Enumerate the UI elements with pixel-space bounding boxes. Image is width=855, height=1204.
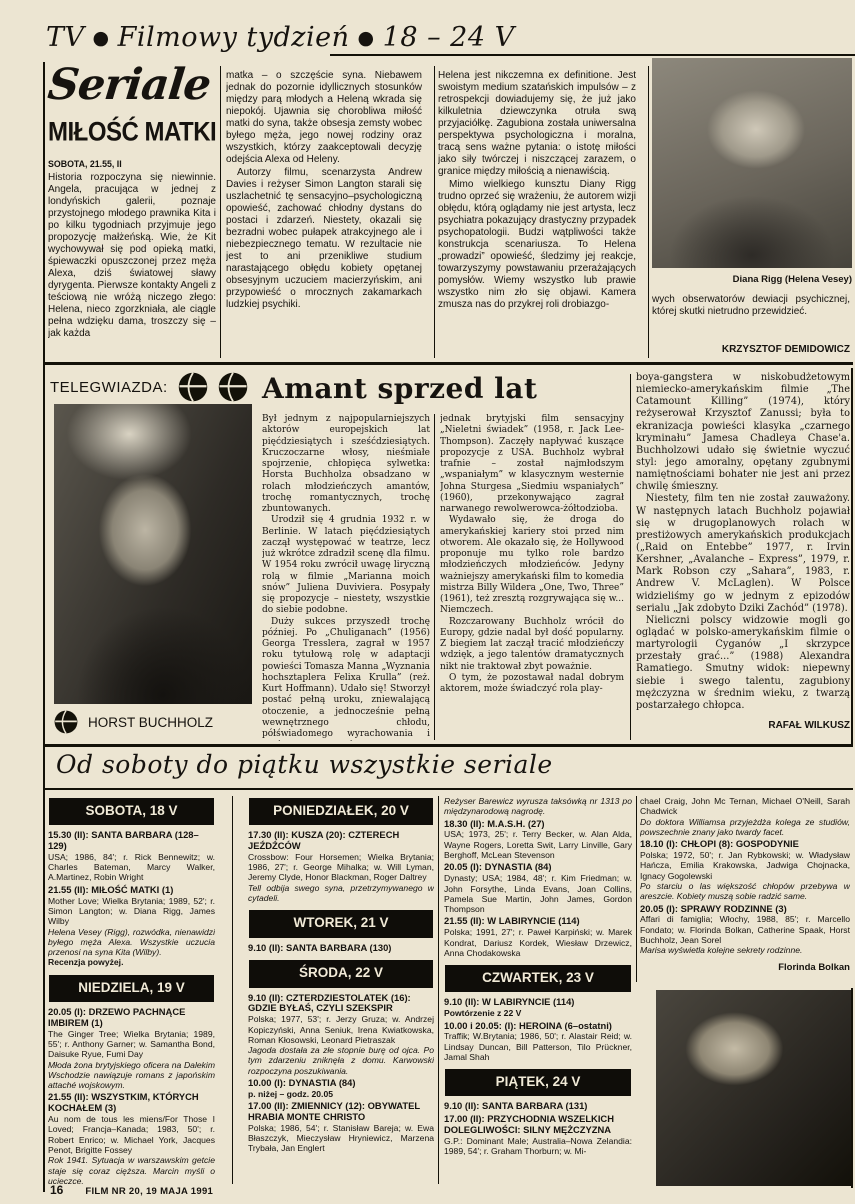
listing-title: 20.05 (I): DRZEWO PACHNĄCE IMBIREM (1) <box>48 1007 215 1029</box>
listing-synopsis: Tell odbija swego syna, przetrzymywanego… <box>248 883 434 904</box>
listing-entry: 10.00 (I): DYNASTIA (84)p. niżej – godz.… <box>248 1078 434 1099</box>
masthead-tv: TV <box>46 22 85 53</box>
divider <box>851 988 853 1188</box>
listing-entry: 18.10 (I): CHŁOPI (8): GOSPODYNIEPolska;… <box>640 839 850 901</box>
listing-entry: 9.10 (II): CZTERDZIESTOLATEK (16): GDZIE… <box>248 993 434 1077</box>
listing-credits: Polska; 1972, 50'; r. Jan Rybkowski; w. … <box>640 850 850 881</box>
photo-caption-horst-text: HORST BUCHHOLZ <box>88 715 213 730</box>
listing-entry: 17.00 (II): PRZYCHODNIA WSZELKICH DOLEGL… <box>444 1114 632 1156</box>
day-banner: WTOREK, 21 V <box>249 910 433 937</box>
tv-station-logo-icon <box>218 372 248 402</box>
article-text-col3-paras: boya-gangstera w niskobudżetowym niemiec… <box>636 372 850 712</box>
article-text-col1: Był jednym z najpopularniejszych aktorów… <box>262 414 430 742</box>
paragraph: Autorzy filmu, scenarzysta Andrew Davies… <box>226 167 422 311</box>
listing-title: 21.55 (II): W LABIRYNCIE (114) <box>444 916 632 927</box>
listing-note: Recenzja powyżej. <box>48 957 215 967</box>
paragraph: boya-gangstera w niskobudżetowym niemiec… <box>636 372 850 493</box>
listing-entry: 20.05 (I): DYNASTIA (84)Dynasty; USA; 19… <box>444 862 632 914</box>
listing-title: 15.30 (II): SANTA BARBARA (128–129) <box>48 830 215 852</box>
tv-station-logo-icon <box>178 372 208 402</box>
listing-note: p. niżej – godz. 20.05 <box>248 1089 434 1099</box>
listing-title: 17.30 (II): KUSZA (20): CZTERECH JEŹDŹCÓ… <box>248 830 434 852</box>
listing-synopsis: Młoda żona brytyjskiego oficera na Dalek… <box>48 1060 215 1091</box>
listing-synopsis: Po starciu o las większość chłopów przeb… <box>640 881 850 902</box>
divider <box>630 374 631 740</box>
florinda-bolkan-photo <box>656 990 852 1186</box>
listing-credits: USA; 1986, 84'; r. Rick Bennewitz; w. Ch… <box>48 852 215 883</box>
tv-station-logo-icon <box>54 710 78 734</box>
listing-credits: The Ginger Tree; Wielka Brytania; 1989, … <box>48 1029 215 1060</box>
divider <box>851 368 853 744</box>
listing-credits: USA; 1973, 25'; r. Terry Becker, w. Alan… <box>444 829 632 860</box>
listing-entry: 9.10 (II): W LABIRYNCIE (114)Powtórzenie… <box>444 997 632 1018</box>
listing-credits: Crossbow: Four Horsemen; Wielka Brytania… <box>248 852 434 883</box>
day-banner: CZWARTEK, 23 V <box>445 965 631 992</box>
listing-entry: 15.30 (II): SANTA BARBARA (128–129)USA; … <box>48 830 215 883</box>
listings-header: Od soboty do piątku wszystkie seriale <box>56 750 553 779</box>
listing-title: 10.00 (I): DYNASTIA (84) <box>248 1078 434 1089</box>
broadcast-slot: SOBOTA, 21.55, II <box>48 159 216 169</box>
article-author: RAFAŁ WILKUSZ <box>636 720 850 732</box>
listing-credits: Dynasty; USA; 1984, 48'; r. Kim Friedman… <box>444 873 632 914</box>
article-text-col3: boya-gangstera w niskobudżetowym niemiec… <box>636 372 850 742</box>
paragraph: Był jednym z najpopularniejszych aktorów… <box>262 414 430 515</box>
day-banner: SOBOTA, 18 V <box>49 798 214 825</box>
listings-column-3: Reżyser Barewicz wyrusza taksówką nr 131… <box>444 796 632 1188</box>
paragraph: matka – o szczęście syna. Niebawem jedna… <box>226 70 422 166</box>
listing-entry: 21.55 (II): MIŁOŚĆ MATKI (1)Mother Love;… <box>48 885 215 968</box>
listing-title: 21.55 (II): WSZYSTKIM, KTÓRYCH KOCHAŁEM … <box>48 1092 215 1114</box>
day-banner: PIĄTEK, 24 V <box>445 1069 631 1096</box>
listing-title: 9.10 (II): CZTERDZIESTOLATEK (16): GDZIE… <box>248 993 434 1015</box>
listing-title: 20.05 (I): DYNASTIA (84) <box>444 862 632 873</box>
masthead-dates: 18 – 24 V <box>383 22 515 53</box>
listing-synopsis: Marisa wyświetla kolejne sekrety rodzinn… <box>640 945 850 955</box>
paragraph: Mimo wielkiego kunsztu Diany Rigg trudno… <box>438 179 636 311</box>
paragraph: Helena jest nikczemna ex definitione. Je… <box>438 70 636 178</box>
listing-credits: Au nom de tous les miens/For Those I Lov… <box>48 1114 215 1155</box>
listing-title: 18.30 (II): M.A.S.H. (27) <box>444 819 632 830</box>
page-number: 16 <box>50 1183 63 1197</box>
listing-credits: chael Craig, John Mc Ternan, Michael O'N… <box>640 796 850 817</box>
listings-column-4-entries: chael Craig, John Mc Ternan, Michael O'N… <box>640 796 850 956</box>
day-banner: PONIEDZIAŁEK, 20 V <box>249 798 433 825</box>
listings-column-2: PONIEDZIAŁEK, 20 V17.30 (II): KUSZA (20)… <box>248 796 434 1188</box>
review-author: KRZYSZTOF DEMIDOWICZ <box>652 344 850 355</box>
listing-entry: 20.05 (I): DRZEWO PACHNĄCE IMBIREM (1)Th… <box>48 1007 215 1091</box>
telegwiazda-label: TELEGWIAZDA: <box>50 379 168 396</box>
listing-synopsis: Helena Vesey (Rigg), rozwódka, nienawidz… <box>48 927 215 958</box>
listing-credits: Traffik; W.Brytania; 1986, 50'; r. Alast… <box>444 1031 632 1062</box>
listing-entry: 20.05 (I): SPRAWY RODZINNE (3)Affari di … <box>640 904 850 956</box>
divider <box>43 62 45 1192</box>
listing-entry: Reżyser Barewicz wyrusza taksówką nr 131… <box>444 796 632 817</box>
telegwiazda-row: TELEGWIAZDA: <box>50 372 248 402</box>
divider <box>434 414 435 740</box>
listing-entry: 9.10 (II): SANTA BARBARA (130) <box>248 943 434 954</box>
paragraph: O tym, że pozostawał nadal dobrym aktore… <box>440 673 624 696</box>
listing-title: 10.00 i 20.05: (I): HEROINA (6–ostatni) <box>444 1021 632 1032</box>
listing-credits: Polska; 1977, 53'; r. Jerzy Gruza; w. An… <box>248 1014 434 1045</box>
article-text-col2: jednak brytyjski film sensacyjny „Nielet… <box>440 414 624 742</box>
listing-synopsis: Reżyser Barewicz wyrusza taksówką nr 131… <box>444 796 632 817</box>
diana-rigg-photo <box>652 58 852 268</box>
listing-entry: 21.55 (II): WSZYSTKIM, KTÓRYCH KOCHAŁEM … <box>48 1092 215 1186</box>
listing-entry: 21.55 (II): W LABIRYNCIE (114)Polska; 19… <box>444 916 632 958</box>
review-text-col1: Historia rozpoczyna się niewinnie. Angel… <box>48 172 216 340</box>
day-banner: NIEDZIELA, 19 V <box>49 975 214 1002</box>
review-title: MIŁOŚĆ MATKI <box>48 117 216 148</box>
listing-title: 17.00 (II): ZMIENNICY (12): OBYWATEL HRA… <box>248 1101 434 1123</box>
listing-credits: Polska; 1986, 54'; r. Stanisław Bareja; … <box>248 1123 434 1154</box>
paragraph: Duży sukces przyszedł trochę później. Po… <box>262 617 430 743</box>
listing-title: 17.00 (II): PRZYCHODNIA WSZELKICH DOLEGL… <box>444 1114 632 1136</box>
listing-entry: chael Craig, John Mc Ternan, Michael O'N… <box>640 796 850 837</box>
listing-title: 18.10 (I): CHŁOPI (8): GOSPODYNIE <box>640 839 850 850</box>
divider <box>648 66 649 358</box>
listing-note: Powtórzenie z 22 V <box>444 1008 632 1018</box>
paragraph: jednak brytyjski film sensacyjny „Nielet… <box>440 414 624 515</box>
divider <box>44 362 853 365</box>
review-text-col4: wych obserwatorów dewiacji psychicznej, … <box>652 294 850 318</box>
divider <box>44 788 853 790</box>
listing-title: 9.10 (II): SANTA BARBARA (130) <box>248 943 434 954</box>
listing-title: 9.10 (II): W LABIRYNCIE (114) <box>444 997 632 1008</box>
listings-column-1: SOBOTA, 18 V15.30 (II): SANTA BARBARA (1… <box>48 796 215 1188</box>
divider <box>438 796 439 1184</box>
horst-buchholz-photo <box>54 404 252 704</box>
listing-entry: 10.00 i 20.05: (I): HEROINA (6–ostatni)T… <box>444 1021 632 1063</box>
day-banner: ŚRODA, 22 V <box>249 960 433 987</box>
masthead: TV●Filmowy tydzień●18 – 24 V <box>46 22 515 53</box>
divider <box>232 796 233 1184</box>
divider <box>636 796 637 982</box>
paragraph: Wydawało się, że droga do amerykańskiej … <box>440 515 624 616</box>
listing-credits: Mother Love; Wielka Brytania; 1989, 52';… <box>48 896 215 927</box>
listing-title: 21.55 (II): MIŁOŚĆ MATKI (1) <box>48 885 215 896</box>
footer-text: FILM NR 20, 19 MAJA 1991 <box>85 1186 213 1197</box>
listing-title: 9.10 (II): SANTA BARBARA (131) <box>444 1101 632 1112</box>
bullet-icon: ● <box>85 27 118 49</box>
listing-entry: 18.30 (II): M.A.S.H. (27)USA; 1973, 25';… <box>444 819 632 861</box>
listing-synopsis: Jagoda dostała za złe stopnie burę od oj… <box>248 1045 434 1076</box>
review-text-col2: matka – o szczęście syna. Niebawem jedna… <box>226 70 422 360</box>
listing-credits: Polska; 1991, 27'; r. Paweł Karpiński; w… <box>444 927 632 958</box>
review-text-col3: Helena jest nikczemna ex definitione. Je… <box>438 70 636 360</box>
masthead-underline <box>330 54 855 56</box>
divider <box>434 66 435 358</box>
bullet-icon: ● <box>350 27 383 49</box>
listing-entry: 9.10 (II): SANTA BARBARA (131) <box>444 1101 632 1112</box>
footer: 16 FILM NR 20, 19 MAJA 1991 <box>50 1183 213 1197</box>
listing-entry: 17.00 (II): ZMIENNICY (12): OBYWATEL HRA… <box>248 1101 434 1154</box>
divider <box>44 744 853 747</box>
paragraph: wych obserwatorów dewiacji psychicznej, … <box>652 294 850 318</box>
section-label-seriale: Seriale <box>46 64 219 107</box>
paragraph: Urodził się 4 grudnia 1932 r. w Berlinie… <box>262 515 430 616</box>
photo-caption-diana: Diana Rigg (Helena Vesey) <box>652 274 852 285</box>
masthead-title: Filmowy tydzień <box>118 22 350 53</box>
listing-entry: 17.30 (II): KUSZA (20): CZTERECH JEŹDŹCÓ… <box>248 830 434 903</box>
article-headline: Amant sprzed lat <box>262 372 634 405</box>
listing-synopsis: Rok 1941. Sytuacja w warszawskim getcie … <box>48 1155 215 1186</box>
listing-title: 20.05 (I): SPRAWY RODZINNE (3) <box>640 904 850 915</box>
paragraph: Nieliczni polscy widzowie mogli go ogląd… <box>636 615 850 712</box>
paragraph: Rozczarowany Buchholz wrócił do Europy, … <box>440 617 624 673</box>
listing-synopsis: Do doktora Williamsa przyjeżdża kolega z… <box>640 817 850 838</box>
photo-caption-florinda: Florinda Bolkan <box>640 962 850 973</box>
listing-credits: Affari di famiglia; Włochy, 1988, 85'; r… <box>640 914 850 945</box>
seriale-column-1: Seriale MIŁOŚĆ MATKI SOBOTA, 21.55, II H… <box>48 64 216 340</box>
paragraph: Niestety, film ten nie został zauważony.… <box>636 493 850 614</box>
listing-credits: G.P.: Dominant Male; Australia–Nowa Zela… <box>444 1136 632 1157</box>
divider <box>220 66 221 358</box>
photo-caption-horst: HORST BUCHHOLZ <box>54 710 252 734</box>
paragraph: Historia rozpoczyna się niewinnie. Angel… <box>48 172 216 340</box>
